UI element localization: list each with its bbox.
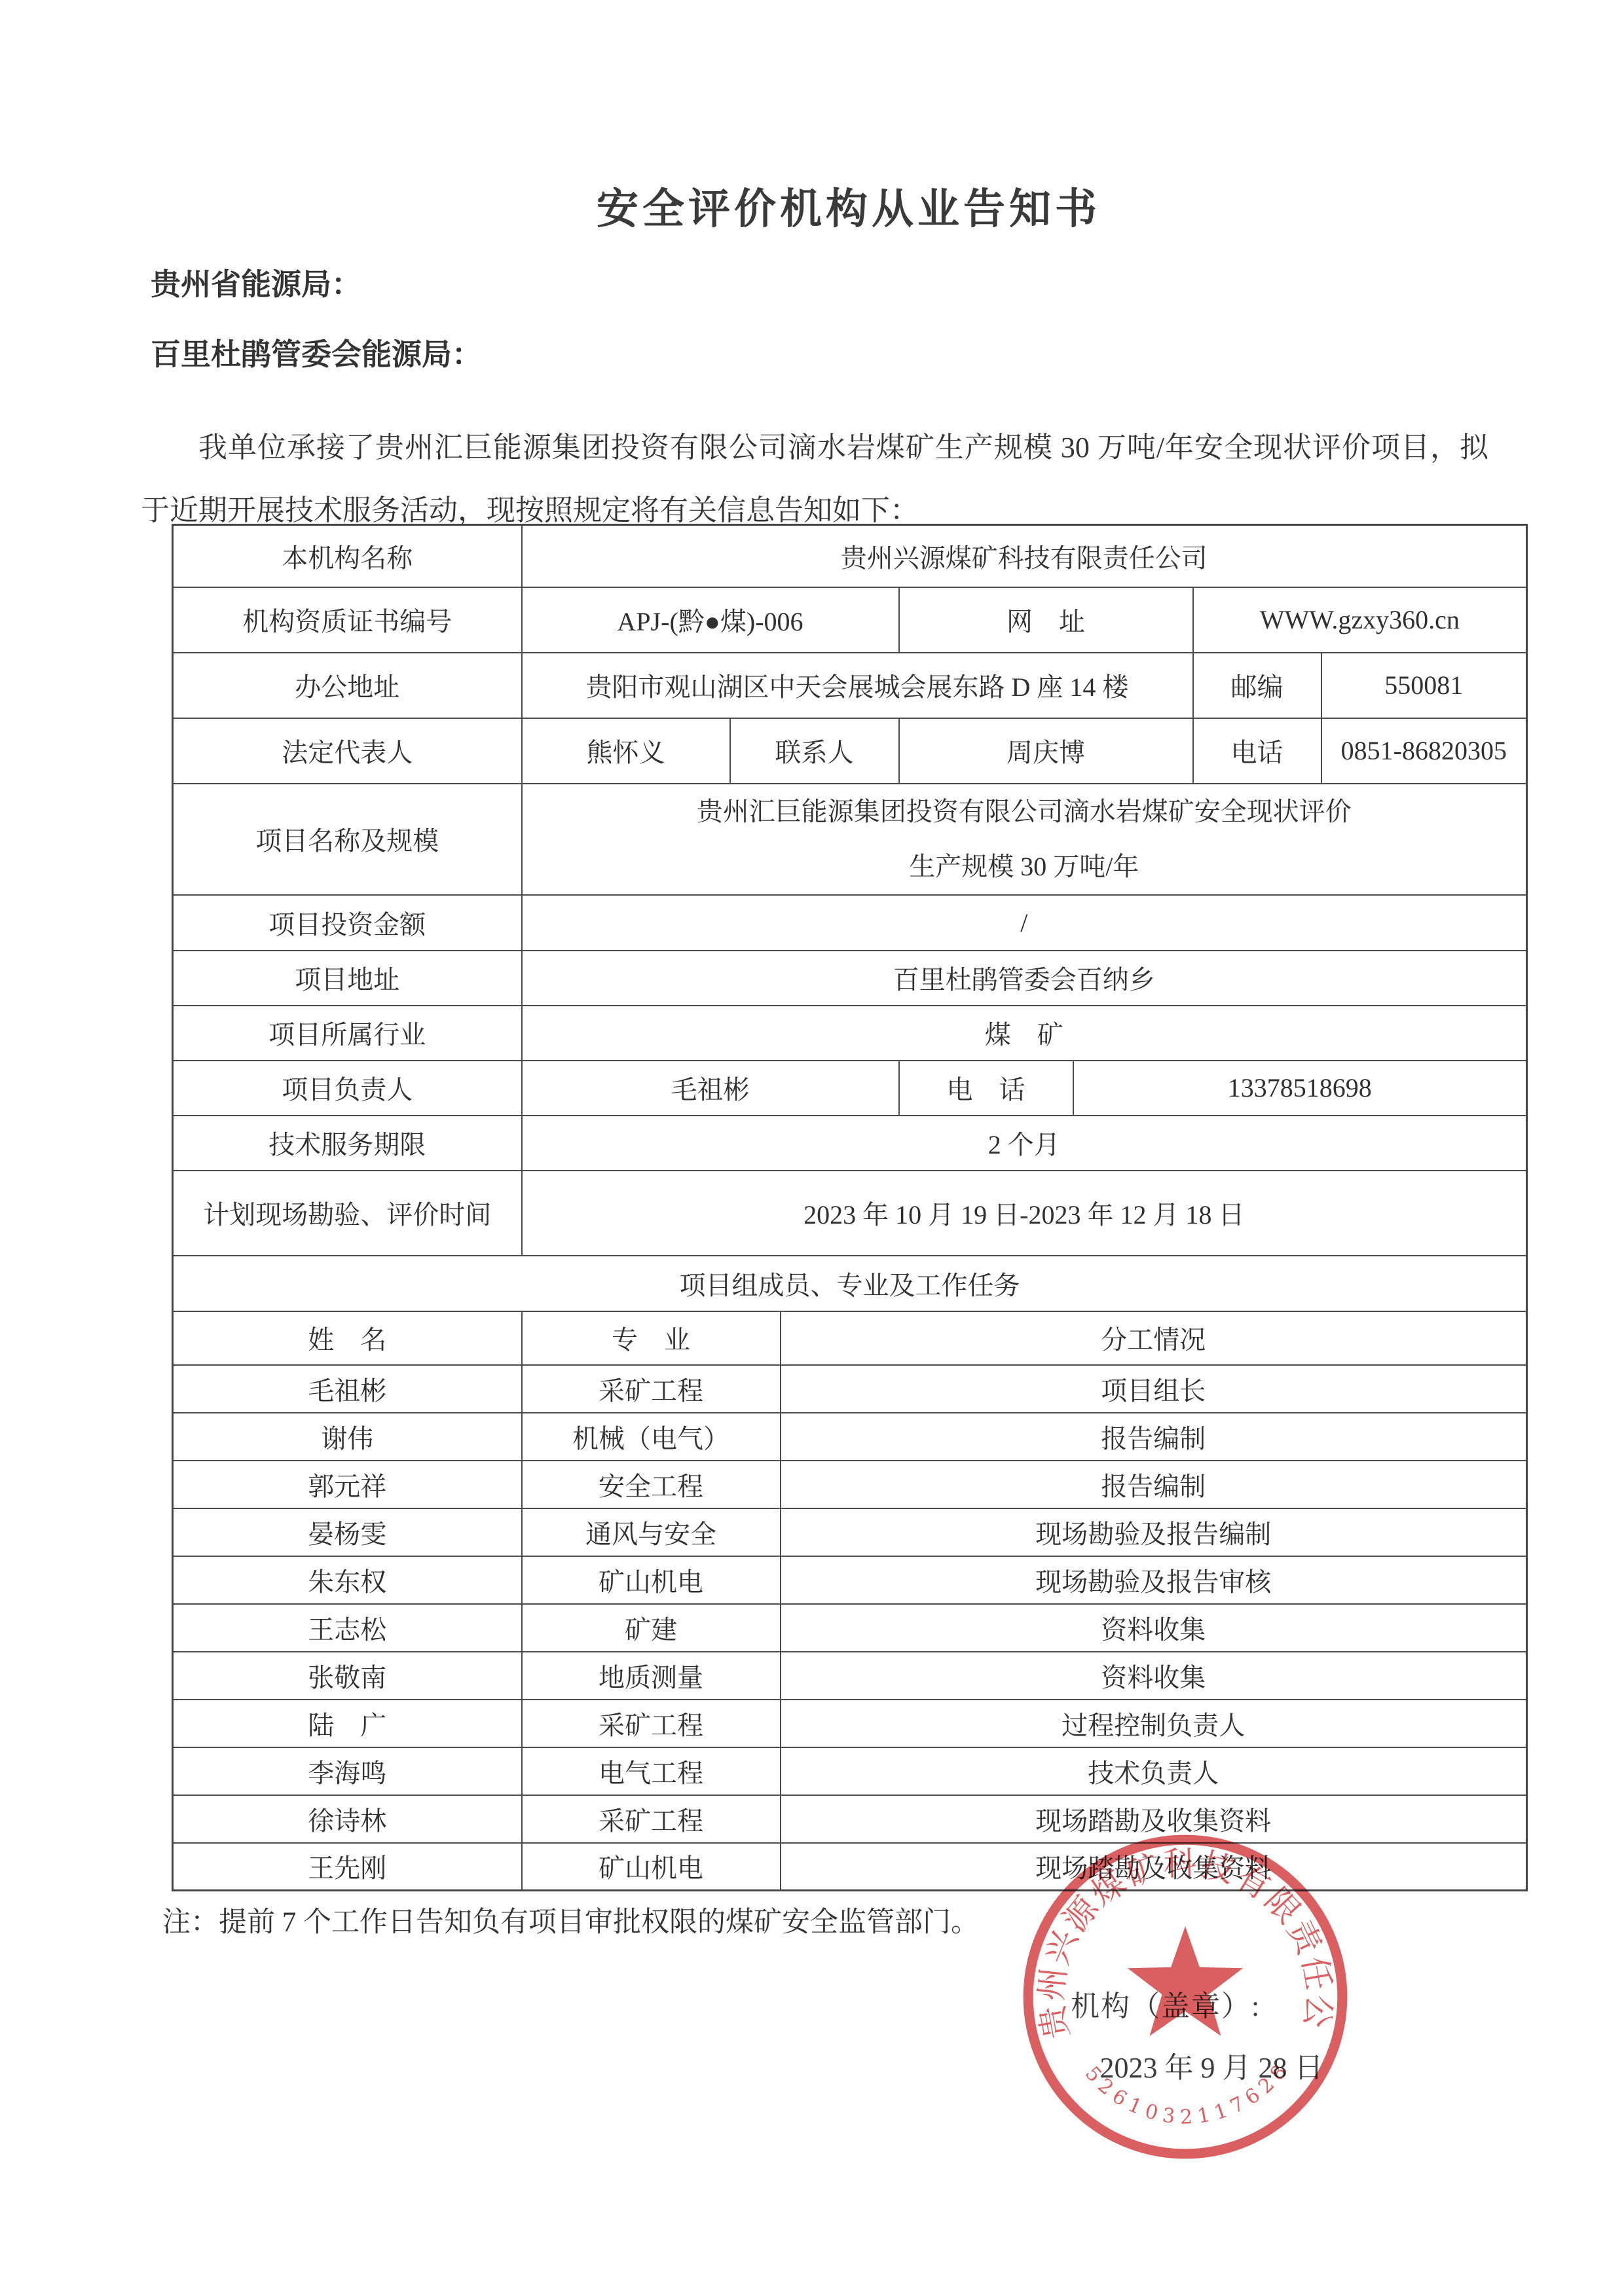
website-value: WWW.gzxy360.cn (1193, 587, 1527, 653)
industry-value: 煤 矿 (522, 1006, 1527, 1061)
industry-label: 项目所属行业 (173, 1006, 522, 1061)
member-duty: 资料收集 (781, 1604, 1527, 1652)
member-name: 李海鸣 (173, 1747, 522, 1795)
investment-value: / (522, 895, 1527, 951)
service-duration-value: 2 个月 (522, 1116, 1527, 1171)
member-duty: 技术负责人 (781, 1747, 1527, 1795)
member-major: 采矿工程 (522, 1365, 781, 1413)
signature-date: 2023 年 9 月 28 日 (1028, 2044, 1395, 2086)
member-name: 陆 广 (173, 1700, 522, 1747)
table-row: 项目地址 百里杜鹃管委会百纳乡 (173, 951, 1527, 1006)
member-name: 张敬南 (173, 1652, 522, 1700)
team-header-name: 姓 名 (173, 1311, 522, 1365)
team-member-row: 郭元祥 安全工程 报告编制 (173, 1461, 1527, 1508)
member-name: 王先刚 (173, 1843, 522, 1891)
recipient-provincial-energy-bureau: 贵州省能源局： (151, 261, 361, 304)
document-page: 安全评价机构从业告知书 贵州省能源局： 百里杜鹃管委会能源局： 我单位承接了贵州… (0, 0, 1624, 2296)
recipient-baili-dujuan-energy-bureau: 百里杜鹃管委会能源局： (151, 331, 482, 374)
cert-number-value: APJ-(黔●煤)-006 (522, 587, 899, 653)
office-address-label: 办公地址 (173, 653, 522, 718)
member-major: 采矿工程 (522, 1700, 781, 1747)
member-major: 机械（电气） (522, 1413, 781, 1461)
leader-phone-label: 电 话 (899, 1061, 1073, 1116)
website-label: 网 址 (899, 587, 1193, 653)
table-row: 项目名称及规模 贵州汇巨能源集团投资有限公司滴水岩煤矿安全现状评价 生产规模 3… (173, 784, 1527, 895)
member-duty: 现场勘验及报告审核 (781, 1556, 1527, 1604)
member-duty: 现场踏勘及收集资料 (781, 1795, 1527, 1843)
member-major: 地质测量 (522, 1652, 781, 1700)
table-row: 项目投资金额 / (173, 895, 1527, 951)
table-row: 办公地址 贵阳市观山湖区中天会展城会展东路 D 座 14 楼 邮编 550081 (173, 653, 1527, 718)
table-row: 项目所属行业 煤 矿 (173, 1006, 1527, 1061)
table-row: 项目负责人 毛祖彬 电 话 13378518698 (173, 1061, 1527, 1116)
team-header-major: 专 业 (522, 1311, 781, 1365)
project-leader-label: 项目负责人 (173, 1061, 522, 1116)
team-member-row: 谢伟 机械（电气） 报告编制 (173, 1413, 1527, 1461)
member-major: 通风与安全 (522, 1508, 781, 1556)
team-header-row: 姓 名 专 业 分工情况 (173, 1311, 1527, 1365)
project-address-label: 项目地址 (173, 951, 522, 1006)
team-member-row: 张敬南 地质测量 资料收集 (173, 1652, 1527, 1700)
project-name-label: 项目名称及规模 (173, 784, 522, 895)
member-name: 王志松 (173, 1604, 522, 1652)
team-member-row: 晏杨雯 通风与安全 现场勘验及报告编制 (173, 1508, 1527, 1556)
schedule-label: 计划现场勘验、评价时间 (173, 1171, 522, 1256)
project-leader-value: 毛祖彬 (522, 1061, 899, 1116)
team-member-row: 李海鸣 电气工程 技术负责人 (173, 1747, 1527, 1795)
project-scale-line: 生产规模 30 万吨/年 (529, 839, 1520, 894)
legal-rep-label: 法定代表人 (173, 718, 522, 784)
service-duration-label: 技术服务期限 (173, 1116, 522, 1171)
member-major: 矿山机电 (522, 1556, 781, 1604)
zip-value: 550081 (1321, 653, 1527, 718)
org-name-label: 本机构名称 (173, 525, 522, 587)
contact-value: 周庆博 (899, 718, 1193, 784)
project-address-value: 百里杜鹃管委会百纳乡 (522, 951, 1527, 1006)
member-major: 矿山机电 (522, 1843, 781, 1891)
member-name: 朱东权 (173, 1556, 522, 1604)
member-duty: 现场勘验及报告编制 (781, 1508, 1527, 1556)
footnote: 注：提前 7 个工作日告知负有项目审批权限的煤矿安全监管部门。 (162, 1900, 1407, 1940)
member-major: 安全工程 (522, 1461, 781, 1508)
zip-label: 邮编 (1193, 653, 1321, 718)
member-duty: 报告编制 (781, 1413, 1527, 1461)
table-row: 计划现场勘验、评价时间 2023 年 10 月 19 日-2023 年 12 月… (173, 1171, 1527, 1256)
team-member-row: 朱东权 矿山机电 现场勘验及报告审核 (173, 1556, 1527, 1604)
table-row: 法定代表人 熊怀义 联系人 周庆博 电话 0851-86820305 (173, 718, 1527, 784)
table-row: 机构资质证书编号 APJ-(黔●煤)-006 网 址 WWW.gzxy360.c… (173, 587, 1527, 653)
team-member-row: 王志松 矿建 资料收集 (173, 1604, 1527, 1652)
table-row: 本机构名称 贵州兴源煤矿科技有限责任公司 (173, 525, 1527, 587)
project-name-value: 贵州汇巨能源集团投资有限公司滴水岩煤矿安全现状评价 生产规模 30 万吨/年 (522, 784, 1527, 895)
team-section-title: 项目组成员、专业及工作任务 (173, 1256, 1527, 1311)
member-name: 毛祖彬 (173, 1365, 522, 1413)
org-name-value: 贵州兴源煤矿科技有限责任公司 (522, 525, 1527, 587)
page-title: 安全评价机构从业告知书 (172, 175, 1526, 236)
team-member-row: 王先刚 矿山机电 现场踏勘及收集资料 (173, 1843, 1527, 1891)
member-name: 晏杨雯 (173, 1508, 522, 1556)
member-major: 矿建 (522, 1604, 781, 1652)
table-row: 项目组成员、专业及工作任务 (173, 1256, 1527, 1311)
project-name-line: 贵州汇巨能源集团投资有限公司滴水岩煤矿安全现状评价 (529, 784, 1520, 839)
member-duty: 现场踏勘及收集资料 (781, 1843, 1527, 1891)
member-duty: 资料收集 (781, 1652, 1527, 1700)
member-name: 徐诗林 (173, 1795, 522, 1843)
legal-rep-value: 熊怀义 (522, 718, 730, 784)
contact-label: 联系人 (730, 718, 899, 784)
member-name: 谢伟 (173, 1413, 522, 1461)
office-address-value: 贵阳市观山湖区中天会展城会展东路 D 座 14 楼 (522, 653, 1193, 718)
member-major: 电气工程 (522, 1747, 781, 1795)
member-major: 采矿工程 (522, 1795, 781, 1843)
member-name: 郭元祥 (173, 1461, 522, 1508)
notification-table: 本机构名称 贵州兴源煤矿科技有限责任公司 机构资质证书编号 APJ-(黔●煤)-… (172, 524, 1528, 1891)
team-member-row: 毛祖彬 采矿工程 项目组长 (173, 1365, 1527, 1413)
member-duty: 过程控制负责人 (781, 1700, 1527, 1747)
phone-label: 电话 (1193, 718, 1321, 784)
member-duty: 报告编制 (781, 1461, 1527, 1508)
investment-label: 项目投资金额 (173, 895, 522, 951)
leader-phone-value: 13378518698 (1073, 1061, 1527, 1116)
team-header-duty: 分工情况 (781, 1311, 1527, 1365)
phone-value: 0851-86820305 (1321, 718, 1527, 784)
table-row: 技术服务期限 2 个月 (173, 1116, 1527, 1171)
cert-number-label: 机构资质证书编号 (173, 587, 522, 653)
signature-label: 机构（盖章）: (1071, 1982, 1261, 2024)
team-member-row: 陆 广 采矿工程 过程控制负责人 (173, 1700, 1527, 1747)
schedule-value: 2023 年 10 月 19 日-2023 年 12 月 18 日 (522, 1171, 1527, 1256)
member-duty: 项目组长 (781, 1365, 1527, 1413)
team-member-row: 徐诗林 采矿工程 现场踏勘及收集资料 (173, 1795, 1527, 1843)
